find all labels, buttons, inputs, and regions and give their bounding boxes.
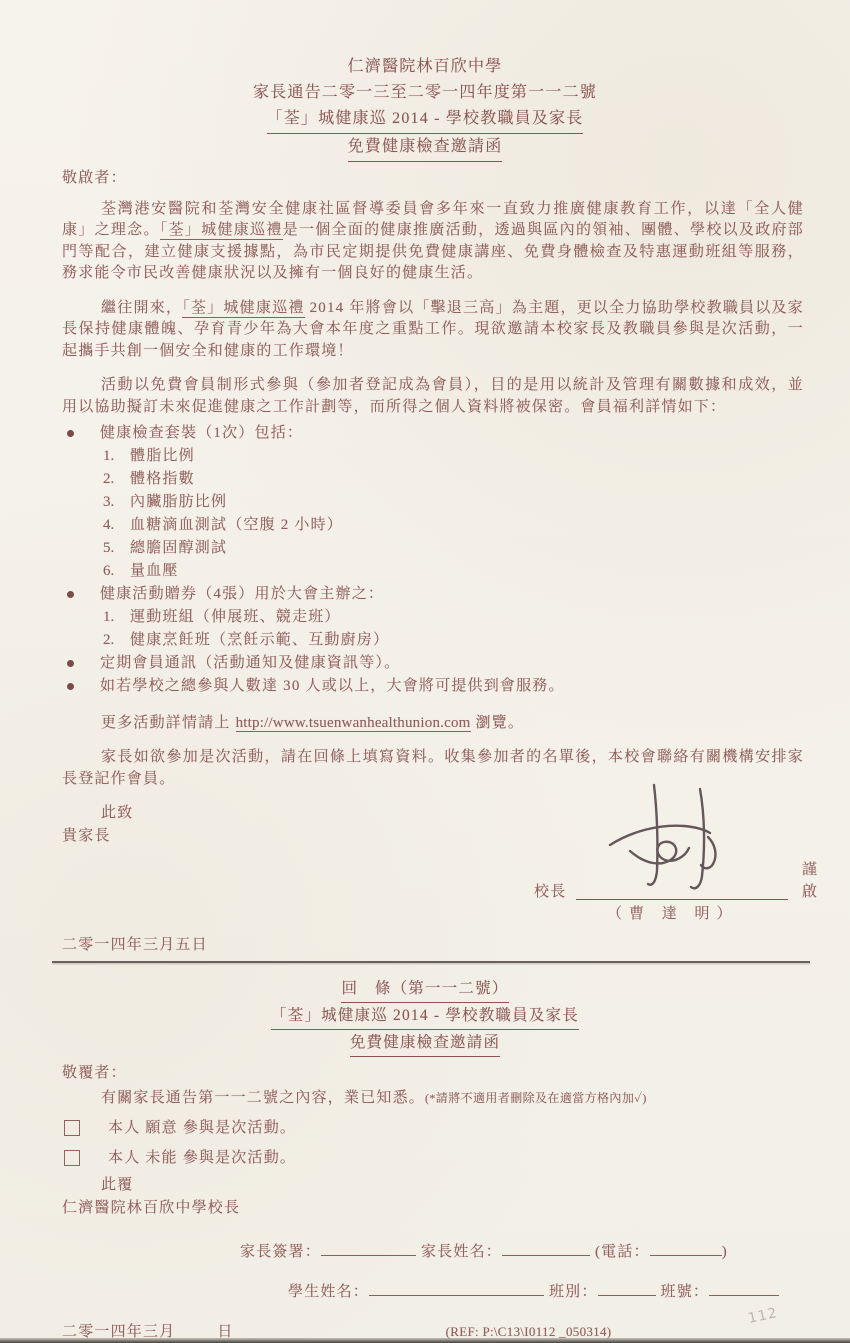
notice-number-line: 家長通告二零一三至二零一四年度第一一二號: [0, 80, 850, 106]
list-item: 運動班組（伸展班、競走班）: [62, 607, 804, 629]
reply-slip-campaign: 「荃」城健康巡 2014 - 學校教職員及家長: [0, 1003, 850, 1030]
phone-field[interactable]: [650, 1242, 722, 1256]
bullet-icon: [67, 683, 74, 690]
parent-name-field[interactable]: [502, 1242, 590, 1256]
principal-signature-line: [576, 899, 788, 900]
reply-slip-title: 回 條（第一一二號）: [0, 976, 850, 1003]
letter-title: 「荃」城健康巡 2014 - 學校教職員及家長: [0, 106, 850, 134]
participation-option-yes: 本人 願意 參與是次活動。: [62, 1118, 804, 1140]
paragraph-closing: 家長如欲參加是次活動，請在回條上填寫資料。收集參加者的名單後，本校會聯絡有關機構…: [62, 747, 804, 790]
student-name-field[interactable]: [369, 1282, 544, 1296]
parent-name-label: 家長姓名：: [421, 1244, 502, 1260]
coupon-items: 運動班組（伸展班、競走班） 健康烹飪班（烹飪示範、互動廚房）: [62, 607, 804, 652]
reply-slip-header: 回 條（第一一二號） 「荃」城健康巡 2014 - 學校教職員及家長 免費健康檢…: [0, 976, 850, 1057]
section-divider: [52, 961, 810, 963]
reply-slip-subtitle: 免費健康檢查邀請函: [0, 1030, 850, 1057]
letter-date: 二零一四年三月五日: [62, 935, 804, 957]
principal-name: （曹 達 明）: [607, 904, 739, 926]
class-label: 班別：: [549, 1284, 598, 1300]
regards-addressee: 貴家長: [62, 826, 804, 848]
class-field[interactable]: [598, 1282, 656, 1296]
principal-label: 校長: [534, 882, 566, 904]
benefit-onsite-service: 如若學校之總參與人數達 30 人或以上，大會將可提供到會服務。: [62, 676, 804, 698]
bullet-icon: [67, 430, 74, 437]
paragraph-theme: 繼往開來，「荃」城健康巡禮 2014 年將會以「擊退三高」為主題，更以全力協助學…: [62, 298, 804, 363]
class-number-label: 班號：: [661, 1284, 710, 1300]
reply-addressee: 仁濟醫院林百欣中學校長: [62, 1198, 804, 1220]
website-line: 更多活動詳情請上 http://www.tsuenwanhealthunion.…: [62, 713, 804, 735]
list-item: 總膽固醇測試: [62, 538, 804, 560]
benefit-newsletter: 定期會員通訊（活動通知及健康資訊等）。: [62, 653, 804, 675]
option-label: 本人 未能 參與是次活動。: [108, 1150, 296, 1166]
list-item: 量血壓: [62, 561, 804, 583]
list-item: 體格指數: [62, 469, 804, 491]
signature-block: 校長 謹啟 （曹 達 明）: [62, 847, 804, 919]
class-number-field[interactable]: [709, 1282, 779, 1296]
reply-salutation: 敬覆者：: [62, 1063, 804, 1085]
phone-label-open: (電話：: [595, 1244, 650, 1260]
bullet-icon: [67, 591, 74, 598]
paragraph-intro: 荃灣港安醫院和荃灣安全健康社區督導委員會多年來一直致力推廣健康教育工作，以達「全…: [62, 199, 804, 285]
health-check-items: 體脂比例 體格指數 內臟脂肪比例 血糖滴血測試（空腹 2 小時） 總膽固醇測試 …: [62, 446, 804, 583]
campaign-name-underlined: 「荃」城健康巡禮: [182, 300, 304, 318]
letter-header: 仁濟醫院林百欣中學 家長通告二零一三至二零一四年度第一一二號 「荃」城健康巡 2…: [0, 0, 850, 162]
parent-signature-field[interactable]: [321, 1242, 416, 1256]
benefits-list: 健康檢查套裝（1次）包括： 體脂比例 體格指數 內臟脂肪比例 血糖滴血測試（空腹…: [62, 423, 804, 698]
student-name-label: 學生姓名：: [288, 1284, 369, 1300]
reply-form-student-row: 學生姓名： 班別： 班號：: [62, 1282, 804, 1304]
checkbox-willing[interactable]: [64, 1120, 80, 1136]
bullet-icon: [67, 660, 74, 667]
list-item: 血糖滴血測試（空腹 2 小時）: [62, 515, 804, 537]
parent-sign-label: 家長簽署：: [240, 1244, 321, 1260]
paragraph-membership: 活動以免費會員制形式參與（參加者登記成為會員），目的是用以統計及管理有關數據和成…: [62, 375, 804, 418]
participation-option-no: 本人 未能 參與是次活動。: [62, 1148, 804, 1170]
instruction-note: (*請將不適用者刪除及在適當方格內加✓): [425, 1091, 647, 1105]
acknowledgment-line: 有關家長通告第一一二號之內容，業已知悉。(*請將不適用者刪除及在適當方格內加✓): [62, 1088, 804, 1110]
scanned-notice-page: 仁濟醫院林百欣中學 家長通告二零一三至二零一四年度第一一二號 「荃」城健康巡 2…: [0, 0, 850, 1343]
regards-line: 此致: [62, 803, 804, 825]
option-label: 本人 願意 參與是次活動。: [108, 1120, 296, 1136]
list-item: 體脂比例: [62, 446, 804, 468]
list-item: 健康烹飪班（烹飪示範、互動廚房）: [62, 630, 804, 652]
salutation: 敬啟者：: [62, 168, 804, 190]
benefit-coupons: 健康活動贈券（4張）用於大會主辦之：: [62, 584, 804, 606]
reply-form-parent-row: 家長簽署： 家長姓名： (電話：): [62, 1242, 804, 1264]
benefit-health-check: 健康檢查套裝（1次）包括：: [62, 423, 804, 445]
school-name: 仁濟醫院林百欣中學: [0, 54, 850, 80]
phone-label-close: ): [722, 1244, 728, 1260]
scan-edge-shadow: [0, 1338, 850, 1343]
checkbox-unable[interactable]: [64, 1150, 80, 1166]
website-link[interactable]: http://www.tsuenwanhealthunion.com: [236, 715, 471, 732]
respectfully-label: 謹啟: [802, 860, 818, 903]
campaign-name-underlined: 「荃」城健康巡禮: [160, 222, 283, 240]
list-item: 內臟脂肪比例: [62, 492, 804, 514]
letter-subtitle: 免費健康檢查邀請函: [0, 134, 850, 162]
reply-close: 此覆: [62, 1175, 804, 1197]
